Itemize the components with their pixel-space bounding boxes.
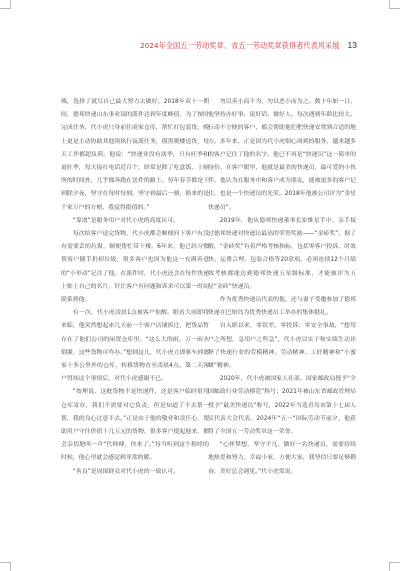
paragraph: “善良”是周围群众对代小虎的一致认可。 (61, 466, 209, 479)
crop-mark-bottom-right (389, 562, 400, 571)
crop-mark-bottom-left (0, 562, 11, 571)
running-header-title: 2024年全国五一劳动奖章、省五一劳动奖章获得者代表风采展 (140, 41, 339, 51)
paragraph: 有一次，代小虎凌晨1点被客户惊醒。眼看大雨即将来临，他突然想起来几天前一个客户店… (61, 307, 209, 386)
crop-mark-top-right (389, 0, 400, 9)
paragraph: 勿以善小而不为，勿以恶小而为之。数十年如一日，他坚持办好事、说好话、做好人。每次… (208, 96, 356, 215)
left-text-column: 贱，选择了就尽自己最大努力去做好。2018年双十一期间，德邦快递山东事业部的派件… (61, 96, 209, 479)
paragraph: “按理说，这批货物不是快递件，还是客户临时借用仓库寄存，我们不需要对它负责，但是… (61, 386, 209, 465)
page-number: 13 (348, 40, 357, 50)
paragraph: 2019年，他从德邦快递董事长崔维星手中，亲手接过德邦快递对快递员最高的荣誉奖励… (208, 215, 356, 294)
paragraph: 2020年，代小虎被国家人社部、国家邮政局授予“全国邮政行业劳动模范”称号；20… (208, 373, 356, 439)
paragraph: “靠谱”是服务用户对代小虎的高度认可。 (61, 215, 209, 228)
crop-mark-top-left (0, 0, 11, 9)
paragraph: 每次给客户送完货物，代小虎都会顺便问下客户有没有需要丢的垃圾，顺便帮忙带下楼。6… (61, 228, 209, 307)
running-header: 2024年全国五一劳动奖章、省五一劳动奖章获得者代表风采展 13 (140, 40, 357, 51)
paragraph: 贱，选择了就尽自己最大努力去做好。2018年双十一期间，德邦快递山东事业部的派件… (61, 96, 209, 215)
paragraph: 自入职以来，零误差、零投诉、零安全事故，“想用户之所想，急用户之所急”，代小虎以… (208, 320, 356, 373)
paragraph: “心怀梦想，坚守平凡，做好一名快递员，需要持续地热爱和努力。幸福小家，方便大家，… (208, 439, 356, 479)
paragraph: 作为优秀快递员代表的他，还与妻子受邀参加了德邦快递在巴厘岛为优秀快递员工举办的集… (208, 294, 356, 320)
right-text-column: 勿以善小而不为，勿以恶小而为之。数十年如一日，他坚持办好事、说好话、做好人。每次… (208, 96, 356, 479)
